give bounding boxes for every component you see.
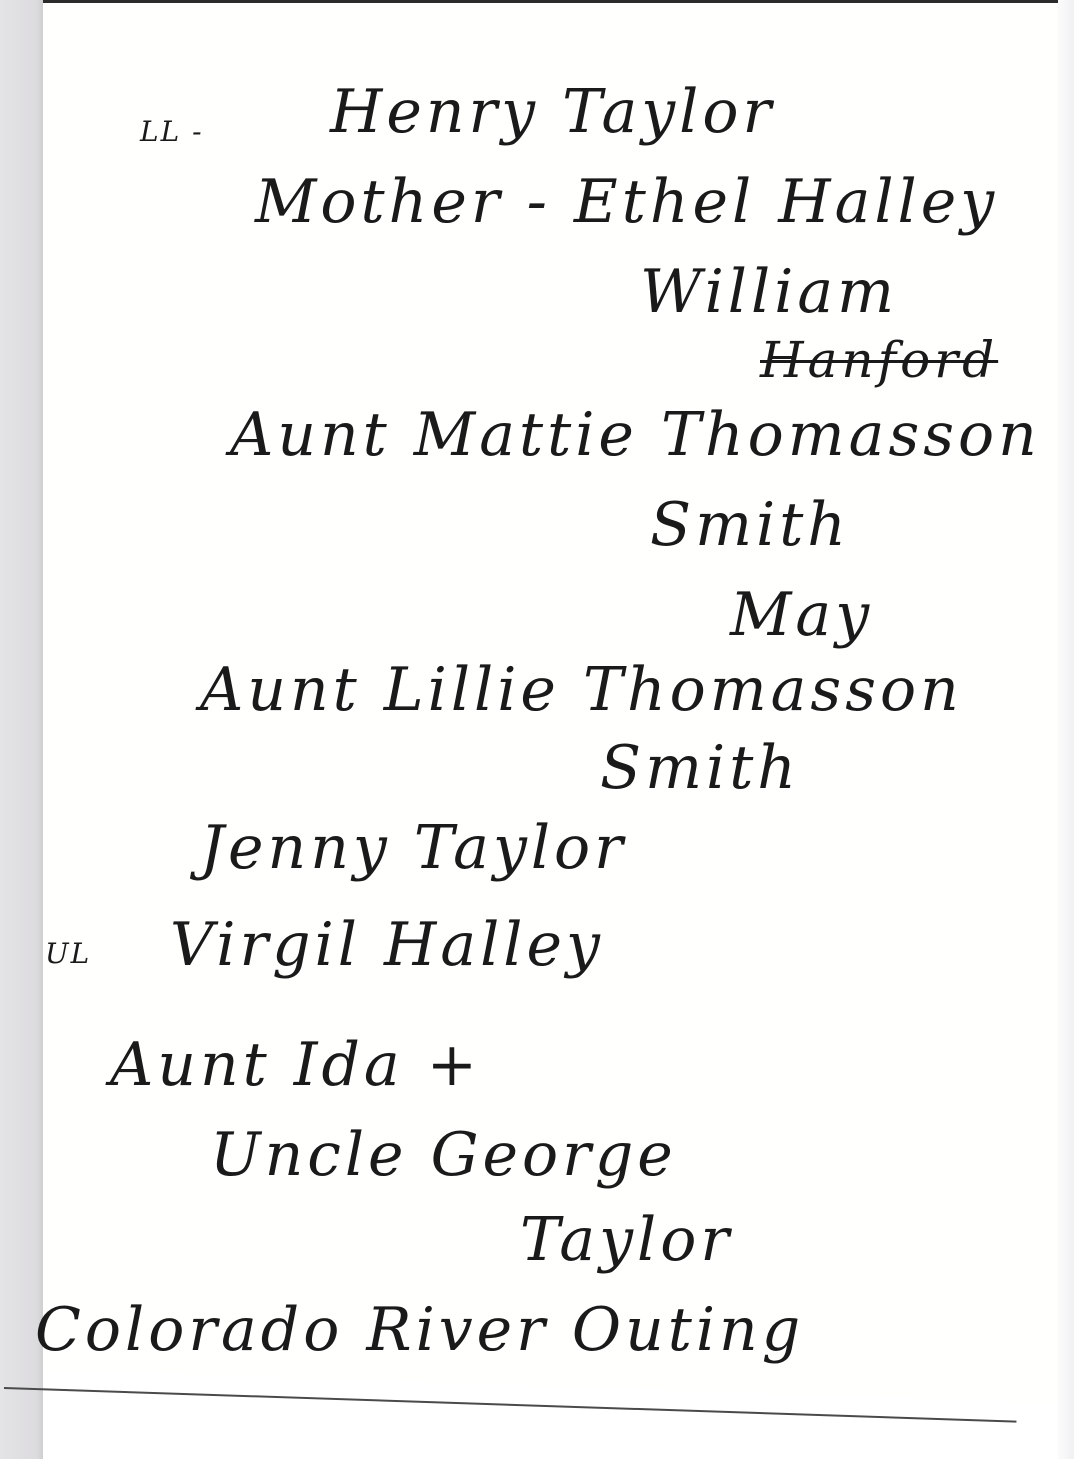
scan-left-border <box>0 0 43 1459</box>
line-uncle-george: Uncle George <box>210 1125 677 1185</box>
line-aunt-ida: Aunt Ida + <box>110 1035 481 1095</box>
line-aunt-mattie-thomasson: Aunt Mattie Thomasson <box>230 405 1041 465</box>
line-smith-1: Smith <box>650 495 850 555</box>
line-aunt-lillie-thomasson: Aunt Lillie Thomasson <box>200 660 963 720</box>
line-jenny-taylor: Jenny Taylor <box>200 818 627 878</box>
line-smith-2: Smith <box>600 738 800 798</box>
line-henry-taylor: Henry Taylor <box>330 82 775 142</box>
line-may: May <box>730 585 873 645</box>
line-colorado-river-outing: Colorado River Outing <box>35 1300 804 1360</box>
line-virgil-halley: Virgil Halley <box>170 915 604 975</box>
line-william: William <box>640 262 898 322</box>
scan-right-border <box>1058 0 1074 1459</box>
line-prefix-ll: LL - <box>140 118 204 146</box>
line-taylor: Taylor <box>520 1210 733 1270</box>
scan-top-border <box>0 0 1074 3</box>
line-mother-ethel-halley: Mother - Ethel Halley <box>255 172 998 232</box>
line-prefix-ul: UL <box>45 940 91 968</box>
line-hanford-crossed-out: Hanford <box>760 335 998 385</box>
